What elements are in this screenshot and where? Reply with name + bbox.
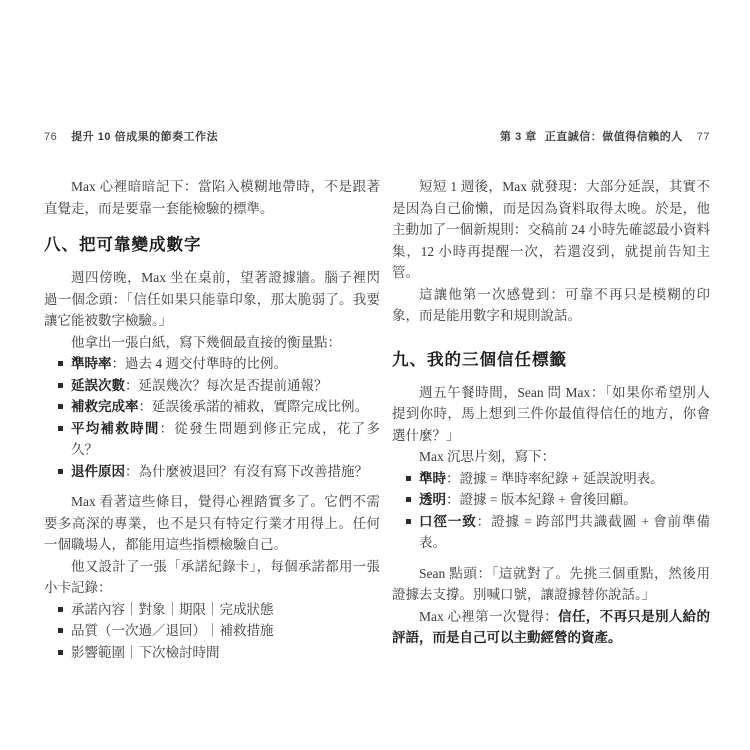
metric-item: 退件原因：為什麼被退回？有沒有寫下改善措施？: [58, 461, 380, 483]
chapter-title: 正直誠信：做值得信賴的人: [545, 128, 683, 144]
paragraph: 短短 1 週後，Max 就發現：大部分延誤，其實不是因為自己偷懶，而是因為資料取…: [392, 176, 710, 284]
card-field-text: 承諾內容｜對象｜期限｜完成狀態: [71, 602, 274, 617]
bullet-square-icon: [406, 497, 411, 502]
left-page-number: 76: [44, 131, 57, 143]
metric-item: 補救完成率：延誤後承諾的補救，實際完成比例。: [58, 396, 380, 418]
trust-label-desc: ：證據 = 準時率紀錄 + 延誤說明表。: [446, 471, 664, 486]
paragraph: Max 沉思片刻，寫下：: [392, 446, 710, 468]
right-page-body: 短短 1 週後，Max 就發現：大部分延誤，其實不是因為自己偷懶，而是因為資料取…: [392, 176, 710, 649]
section-eight-heading: 八、把可靠變成數字: [44, 234, 380, 256]
commitment-card-list: 承諾內容｜對象｜期限｜完成狀態 品質（一次過／退回）｜補救措施 影響範圍｜下次檢…: [44, 599, 380, 664]
paragraph: 週四傍晚，Max 坐在桌前，望著證據牆。腦子裡閃過一個念頭：「信任如果只能靠印象…: [44, 267, 380, 332]
card-field-item: 影響範圍｜下次檢討時間: [58, 642, 380, 664]
bullet-square-icon: [58, 404, 63, 409]
metric-label: 準時率: [71, 356, 112, 371]
metric-item: 延誤次數：延誤幾次？每次是否提前通報？: [58, 375, 380, 397]
bullet-square-icon: [58, 361, 63, 366]
metric-label: 補救完成率: [71, 399, 139, 414]
right-page: 第 3 章 正直誠信：做值得信賴的人 77 短短 1 週後，Max 就發現：大部…: [392, 128, 710, 649]
paragraph: Max 看著這些條目，覺得心裡踏實多了。它們不需要多高深的專業，也不是只有特定行…: [44, 491, 380, 556]
bullet-square-icon: [406, 476, 411, 481]
trust-label-item: 準時：證據 = 準時率紀錄 + 延誤說明表。: [406, 468, 710, 490]
bullet-square-icon: [58, 628, 63, 633]
bullet-square-icon: [58, 469, 63, 474]
metrics-list: 準時率：過去 4 週交付準時的比例。 延誤次數：延誤幾次？每次是否提前通報？ 補…: [44, 353, 380, 482]
left-running-head: 76 提升 10 倍成果的節奏工作法: [44, 128, 380, 142]
trust-label: 準時: [419, 471, 446, 486]
right-running-head: 第 3 章 正直誠信：做值得信賴的人 77: [392, 128, 710, 142]
metric-desc: ：延誤後承諾的補救，實際完成比例。: [139, 399, 369, 414]
metric-desc: ：為什麼被退回？有沒有寫下改善措施？: [125, 464, 368, 479]
paragraph: 這讓他第一次感覺到：可靠不再只是模糊的印象，而是能用數字和規則說話。: [392, 284, 710, 327]
metric-label: 平均補救時間: [71, 421, 160, 436]
card-field-text: 影響範圍｜下次檢討時間: [71, 645, 220, 660]
trust-label-item: 透明：證據 = 版本紀錄 + 會後回顧。: [406, 489, 710, 511]
trust-label: 透明: [419, 492, 446, 507]
book-spread: 76 提升 10 倍成果的節奏工作法 Max 心裡暗暗記下：當陷入模糊地帶時，不…: [0, 0, 750, 750]
metric-item: 平均補救時間：從發生問題到修正完成，花了多久？: [58, 418, 380, 461]
metric-desc: ：過去 4 週交付準時的比例。: [112, 356, 288, 371]
metric-item: 準時率：過去 4 週交付準時的比例。: [58, 353, 380, 375]
paragraph: Sean 點頭：「這就對了。先挑三個重點，然後用證據去支撐。別喊口號，讓證據替你…: [392, 563, 710, 606]
right-page-number: 77: [697, 131, 710, 143]
metric-desc: ：延誤幾次？每次是否提前通報？: [125, 378, 328, 393]
chapter-label: 第 3 章: [500, 128, 537, 144]
paragraph: 他又設計了一張「承諾紀錄卡」，每個承諾都用一張小卡記錄：: [44, 556, 380, 599]
trust-label-item: 口徑一致：證據 = 跨部門共識截圖 + 會前準備表。: [406, 511, 710, 554]
closing-lead: Max 心裡第一次覺得：: [419, 609, 558, 624]
metric-label: 退件原因: [71, 464, 125, 479]
left-page: 76 提升 10 倍成果的節奏工作法 Max 心裡暗暗記下：當陷入模糊地帶時，不…: [44, 128, 380, 672]
card-field-item: 品質（一次過／退回）｜補救措施: [58, 620, 380, 642]
closing-paragraph: Max 心裡第一次覺得：信任，不再只是別人給的評語，而是自己可以主動經營的資產。: [392, 606, 710, 649]
card-field-text: 品質（一次過／退回）｜補救措施: [71, 623, 274, 638]
card-field-item: 承諾內容｜對象｜期限｜完成狀態: [58, 599, 380, 621]
metric-label: 延誤次數: [71, 378, 125, 393]
book-title: 提升 10 倍成果的節奏工作法: [71, 128, 218, 144]
paragraph: 他拿出一張白紙，寫下幾個最直接的衡量點：: [44, 332, 380, 354]
intro-paragraph: Max 心裡暗暗記下：當陷入模糊地帶時，不是跟著直覺走，而是要靠一套能檢驗的標準…: [44, 176, 380, 219]
left-page-body: Max 心裡暗暗記下：當陷入模糊地帶時，不是跟著直覺走，而是要靠一套能檢驗的標準…: [44, 176, 380, 663]
bullet-square-icon: [406, 519, 411, 524]
bullet-square-icon: [58, 426, 63, 431]
trust-label: 口徑一致: [419, 514, 477, 529]
bullet-square-icon: [58, 607, 63, 612]
trust-labels-list: 準時：證據 = 準時率紀錄 + 延誤說明表。 透明：證據 = 版本紀錄 + 會後…: [392, 468, 710, 554]
paragraph: 週五午餐時間，Sean 問 Max：「如果你希望別人提到你時，馬上想到三件你最值…: [392, 382, 710, 447]
section-nine-heading: 九、我的三個信任標籤: [392, 349, 710, 371]
bullet-square-icon: [58, 650, 63, 655]
bullet-square-icon: [58, 383, 63, 388]
trust-label-desc: ：證據 = 版本紀錄 + 會後回顧。: [446, 492, 637, 507]
